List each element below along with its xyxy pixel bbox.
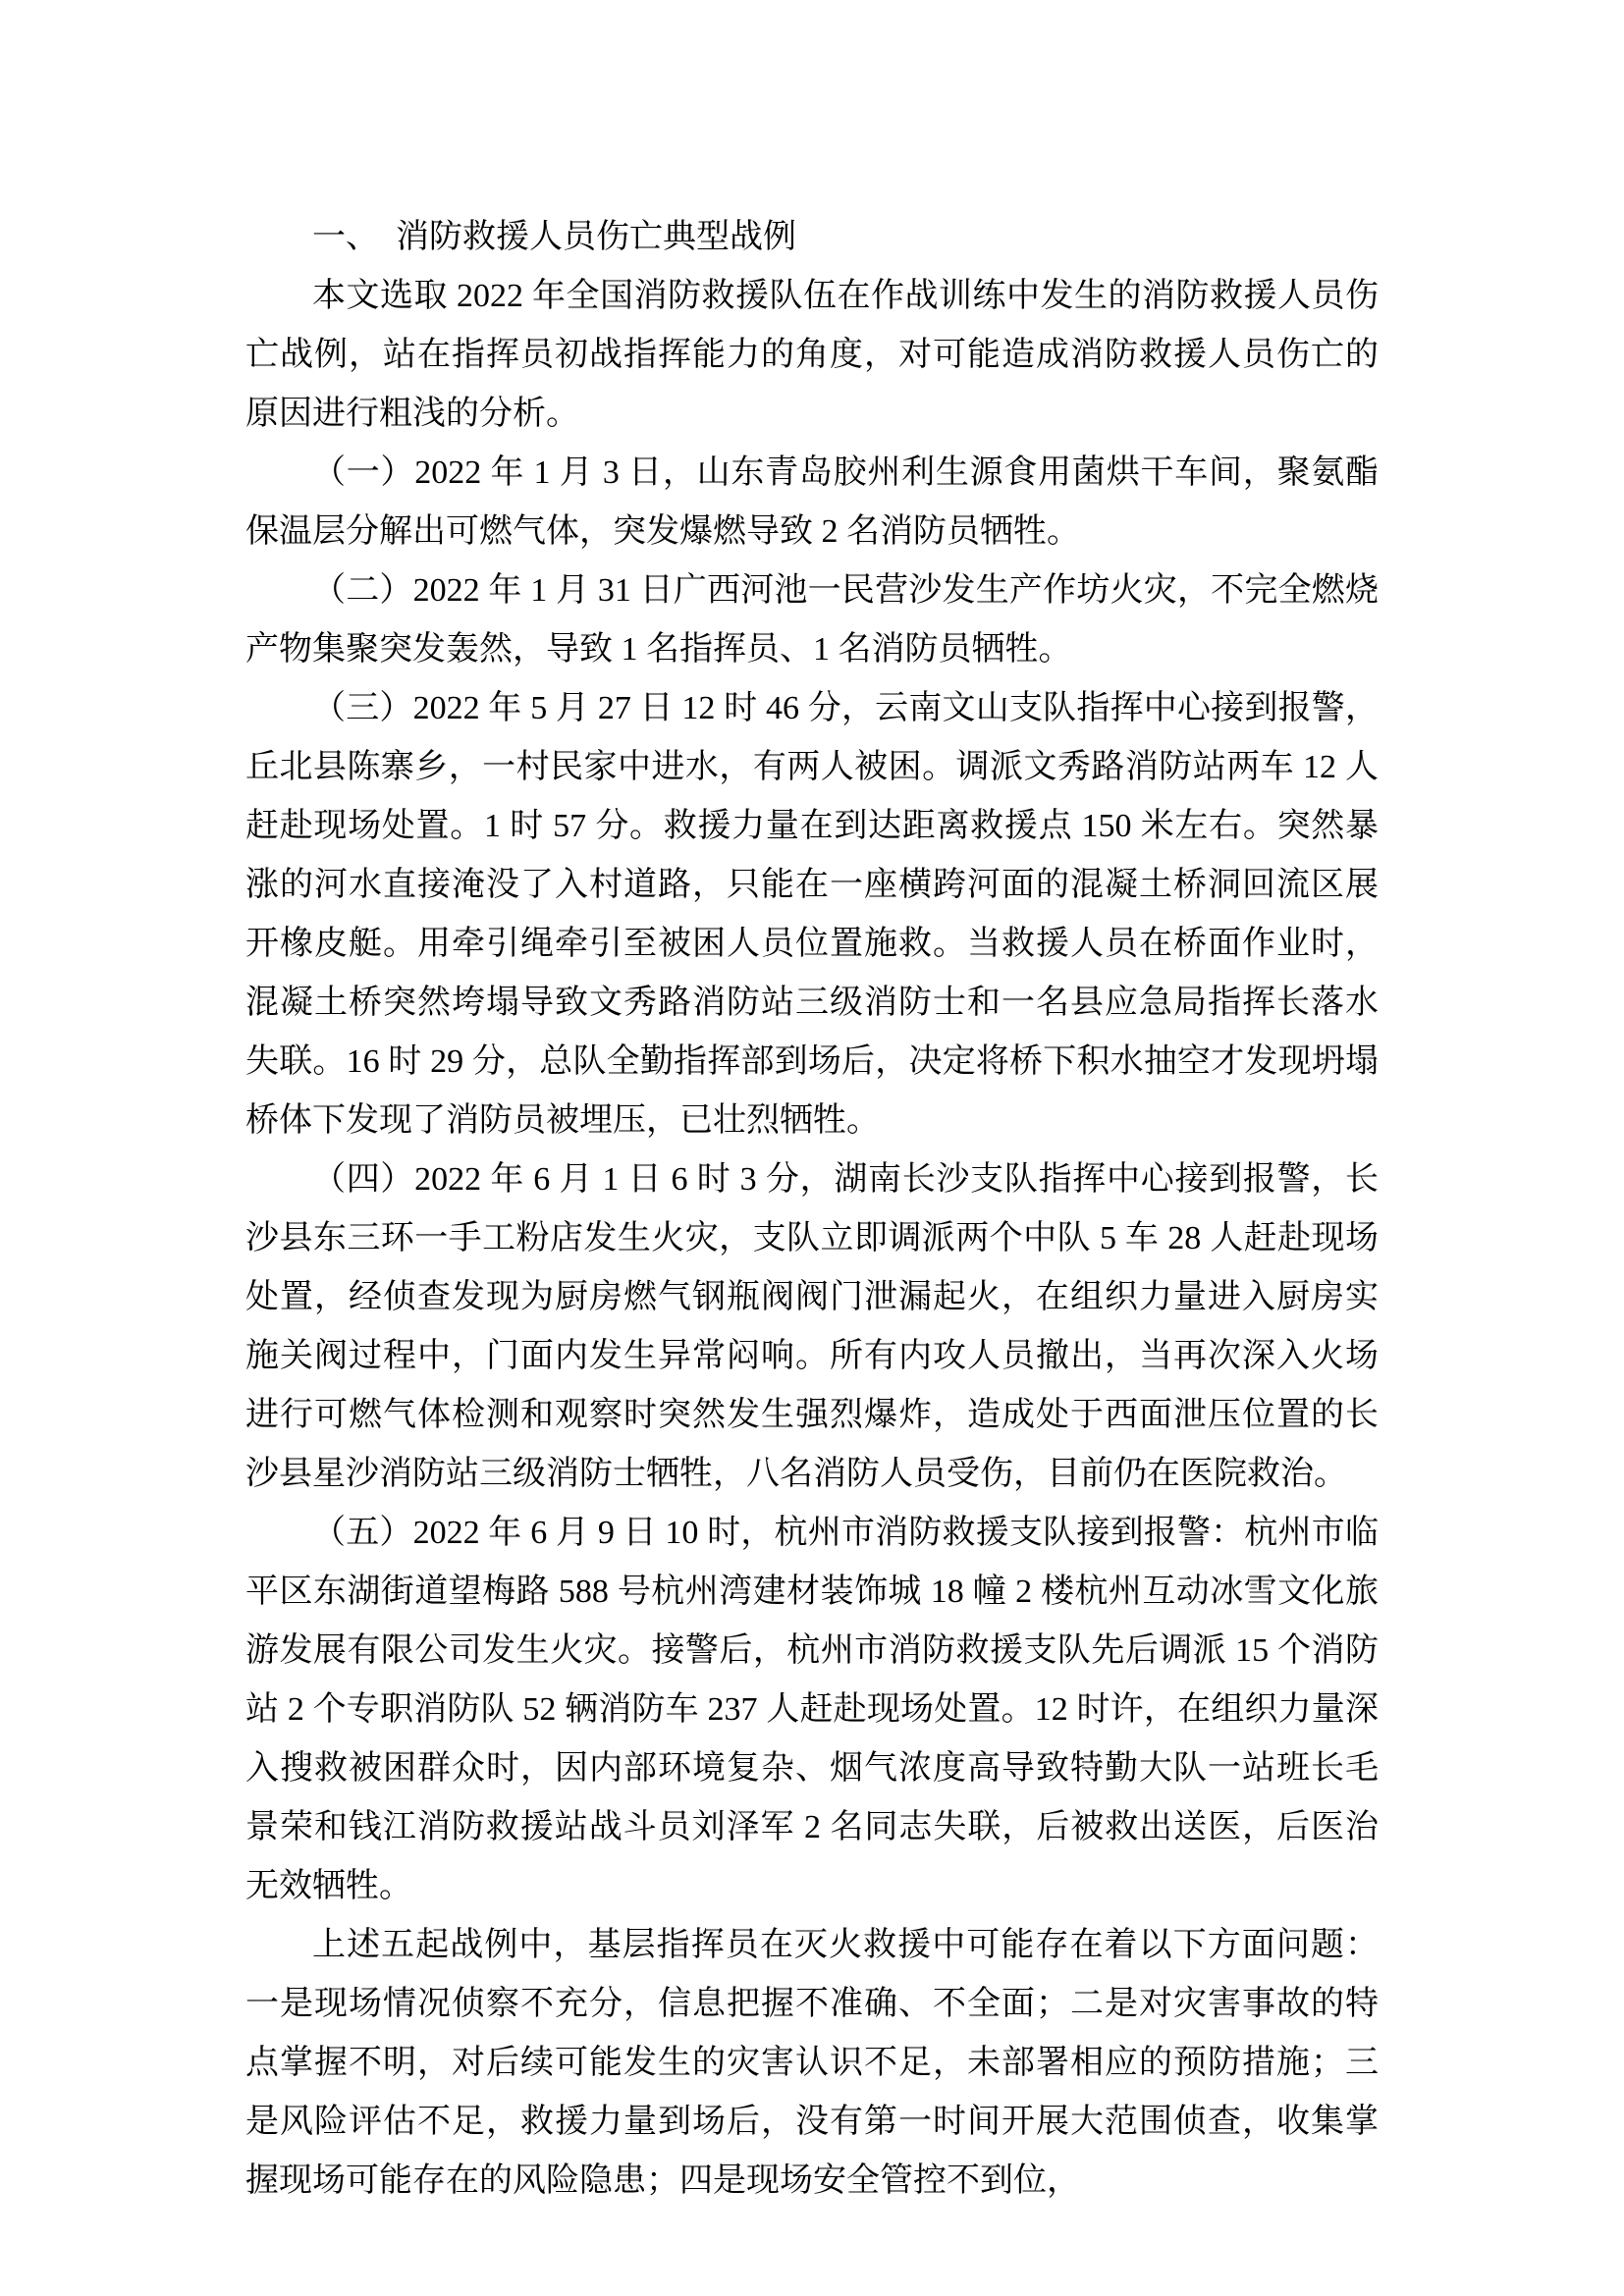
paragraph-case-4: （四）2022 年 6 月 1 日 6 时 3 分，湖南长沙支队指挥中心接到报警…: [245, 1150, 1379, 1504]
section-heading: 一、 消防救援人员伤亡典型战例: [245, 208, 1379, 267]
document-page: 一、 消防救援人员伤亡典型战例 本文选取 2022 年全国消防救援队伍在作战训练…: [0, 0, 1624, 2296]
paragraph-case-5: （五）2022 年 6 月 9 日 10 时，杭州市消防救援支队接到报警：杭州市…: [245, 1504, 1379, 1916]
paragraph-intro: 本文选取 2022 年全国消防救援队伍在作战训练中发生的消防救援人员伤亡战例，站…: [245, 267, 1379, 444]
document-body: 一、 消防救援人员伤亡典型战例 本文选取 2022 年全国消防救援队伍在作战训练…: [245, 208, 1379, 2211]
paragraph-summary: 上述五起战例中，基层指挥员在灭火救援中可能存在着以下方面问题：一是现场情况侦察不…: [245, 1916, 1379, 2211]
paragraph-case-2: （二）2022 年 1 月 31 日广西河池一民营沙发生产作坊火灾，不完全燃烧产…: [245, 561, 1379, 679]
paragraph-case-3: （三）2022 年 5 月 27 日 12 时 46 分，云南文山支队指挥中心接…: [245, 679, 1379, 1150]
paragraph-case-1: （一）2022 年 1 月 3 日，山东青岛胶州利生源食用菌烘干车间，聚氨酯保温…: [245, 444, 1379, 561]
